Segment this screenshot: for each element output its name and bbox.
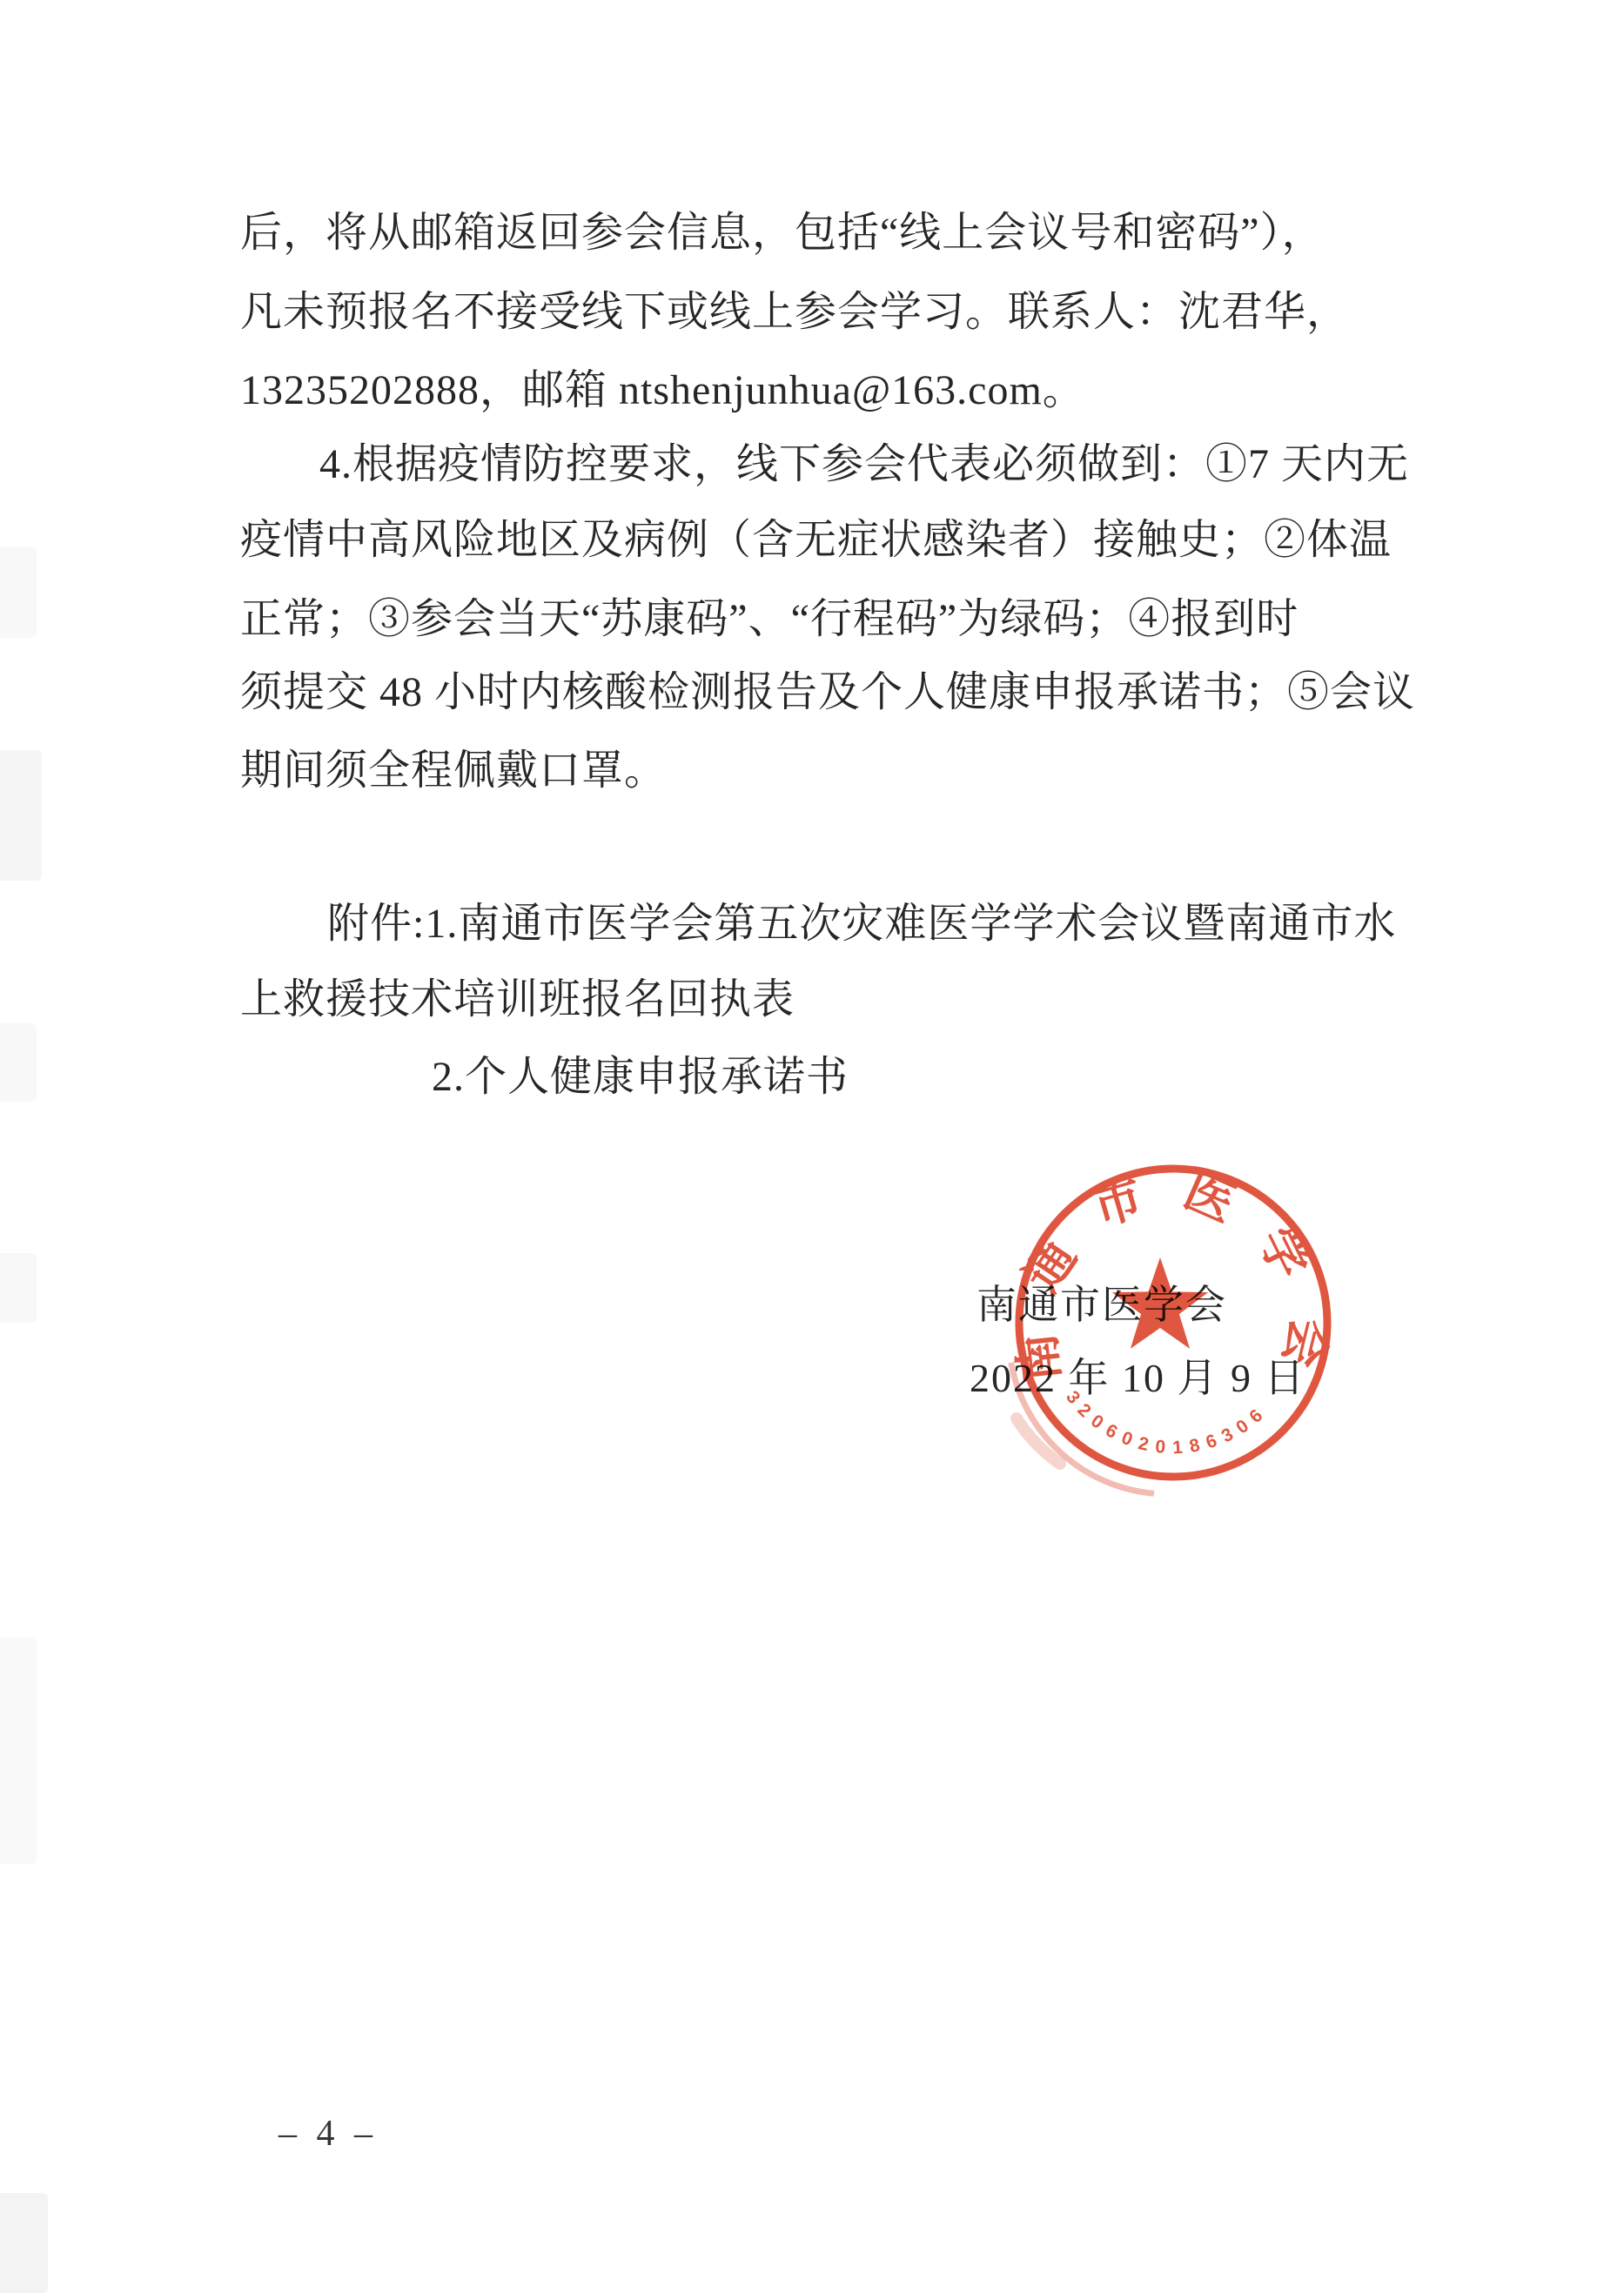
scan-artifact (0, 2193, 48, 2293)
seal-org-text: 南通市医学会 (1008, 1162, 1336, 1405)
attachment-line: 附件:1.南通市医学会第五次灾难医学学术会议暨南通市水 (327, 900, 1396, 948)
body-line: 正常；③参会当天“苏康码”、“行程码”为绿码；④报到时 (240, 595, 1299, 643)
official-seal: 南通市医学会 3206020186306 (1008, 1157, 1373, 1523)
seal-serial-textpath: 3206020186306 (1062, 1387, 1272, 1458)
body-line: 凡未预报名不接受线下或线上参会学习。联系人：沈君华， (240, 288, 1349, 336)
body-line: 4.根据疫情防控要求，线下参会代表必须做到：①7 天内无 (319, 440, 1409, 488)
scan-artifact (0, 1638, 37, 1864)
body-line: 后，将从邮箱返回参会信息，包括“线上会议号和密码”）， (240, 209, 1325, 257)
scan-artifact (0, 1253, 37, 1323)
attachment-line: 上救援技术培训班报名回执表 (240, 976, 795, 1023)
scan-artifact (0, 750, 42, 881)
body-line: 13235202888，邮箱 ntshenjunhua@163.com。 (240, 366, 1085, 414)
seal-org-textpath: 南通市医学会 (1008, 1162, 1336, 1405)
seal-serial-number: 3206020186306 (1062, 1387, 1272, 1458)
body-line: 须提交 48 小时内核酸检测报告及个人健康申报承诺书；⑤会议 (240, 668, 1415, 716)
scan-artifact (0, 546, 37, 638)
seal-star-icon (1112, 1257, 1208, 1349)
page-number: – 4 – (278, 2113, 378, 2155)
attachment-line: 2.个人健康申报承诺书 (432, 1053, 849, 1101)
document-page: 后，将从邮箱返回参会信息，包括“线上会议号和密码”）， 凡未预报名不接受线下或线… (0, 0, 1624, 2293)
body-line: 疫情中高风险地区及病例（含无症状感染者）接触史；②体温 (240, 516, 1392, 564)
body-line: 期间须全程佩戴口罩。 (240, 747, 667, 795)
scan-artifact (0, 1023, 37, 1102)
